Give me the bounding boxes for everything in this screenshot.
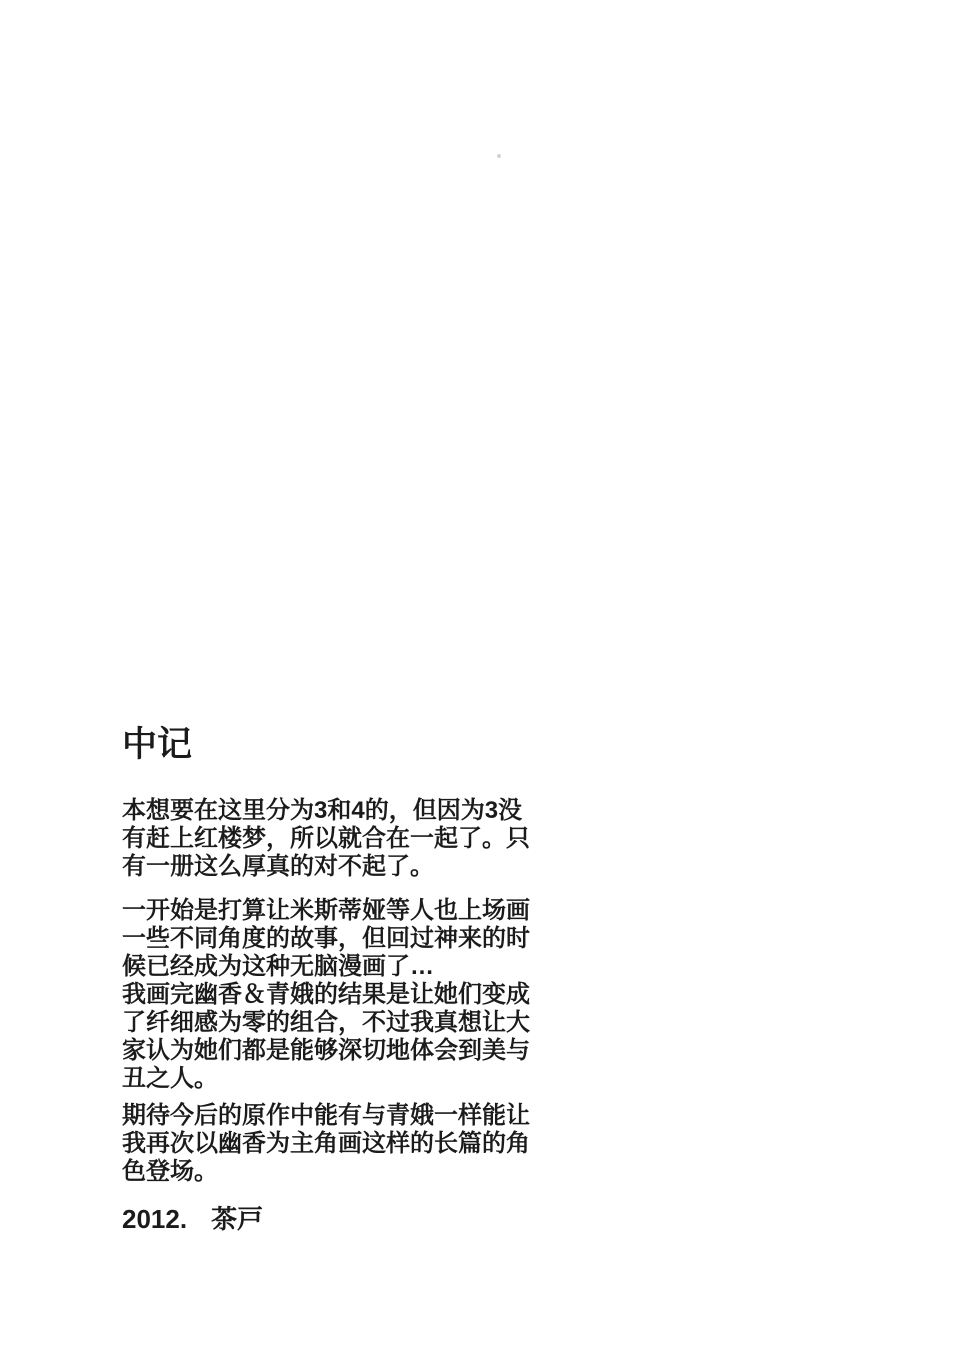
text-line: 一开始是打算让米斯蒂娅等人也上场画 <box>122 897 530 925</box>
text-line: 本想要在这里分为3和4的，但因为3没 <box>122 797 530 825</box>
text-line: 一些不同角度的故事，但回过神来的时 <box>122 925 530 953</box>
text-line: 有一册这么厚真的对不起了。 <box>122 853 530 881</box>
scan-speck-artifact <box>497 154 501 158</box>
text-line: 我再次以幽香为主角画这样的长篇的角 <box>122 1130 530 1158</box>
signature-year: 2012. <box>122 1204 187 1234</box>
text-line: 有赶上红楼梦，所以就合在一起了。只 <box>122 825 530 853</box>
paragraph-3: 期待今后的原作中能有与青娥一样能让 我再次以幽香为主角画这样的长篇的角 色登场。 <box>122 1102 530 1186</box>
text-line: 色登场。 <box>122 1158 530 1186</box>
text-line: 家认为她们都是能够深切地体会到美与 <box>122 1037 530 1065</box>
text-line: 期待今后的原作中能有与青娥一样能让 <box>122 1102 530 1130</box>
page-title: 中记 <box>122 727 192 763</box>
paragraph-2: 一开始是打算让米斯蒂娅等人也上场画 一些不同角度的故事，但回过神来的时 候已经成… <box>122 897 530 1093</box>
text-line: 我画完幽香＆青娥的结果是让她们变成 <box>122 981 530 1009</box>
paragraph-1: 本想要在这里分为3和4的，但因为3没 有赶上红楼梦，所以就合在一起了。只 有一册… <box>122 797 530 881</box>
signature-line: 2012.茶戸 <box>122 1204 263 1234</box>
text-line: 了纤细感为零的组合，不过我真想让大 <box>122 1009 530 1037</box>
text-line: 候已经成为这种无脑漫画了… <box>122 953 530 981</box>
signature-author-name: 茶戸 <box>211 1204 263 1234</box>
text-line: 丑之人。 <box>122 1065 530 1093</box>
afterword-page: 中记 本想要在这里分为3和4的，但因为3没 有赶上红楼梦，所以就合在一起了。只 … <box>0 0 960 1368</box>
